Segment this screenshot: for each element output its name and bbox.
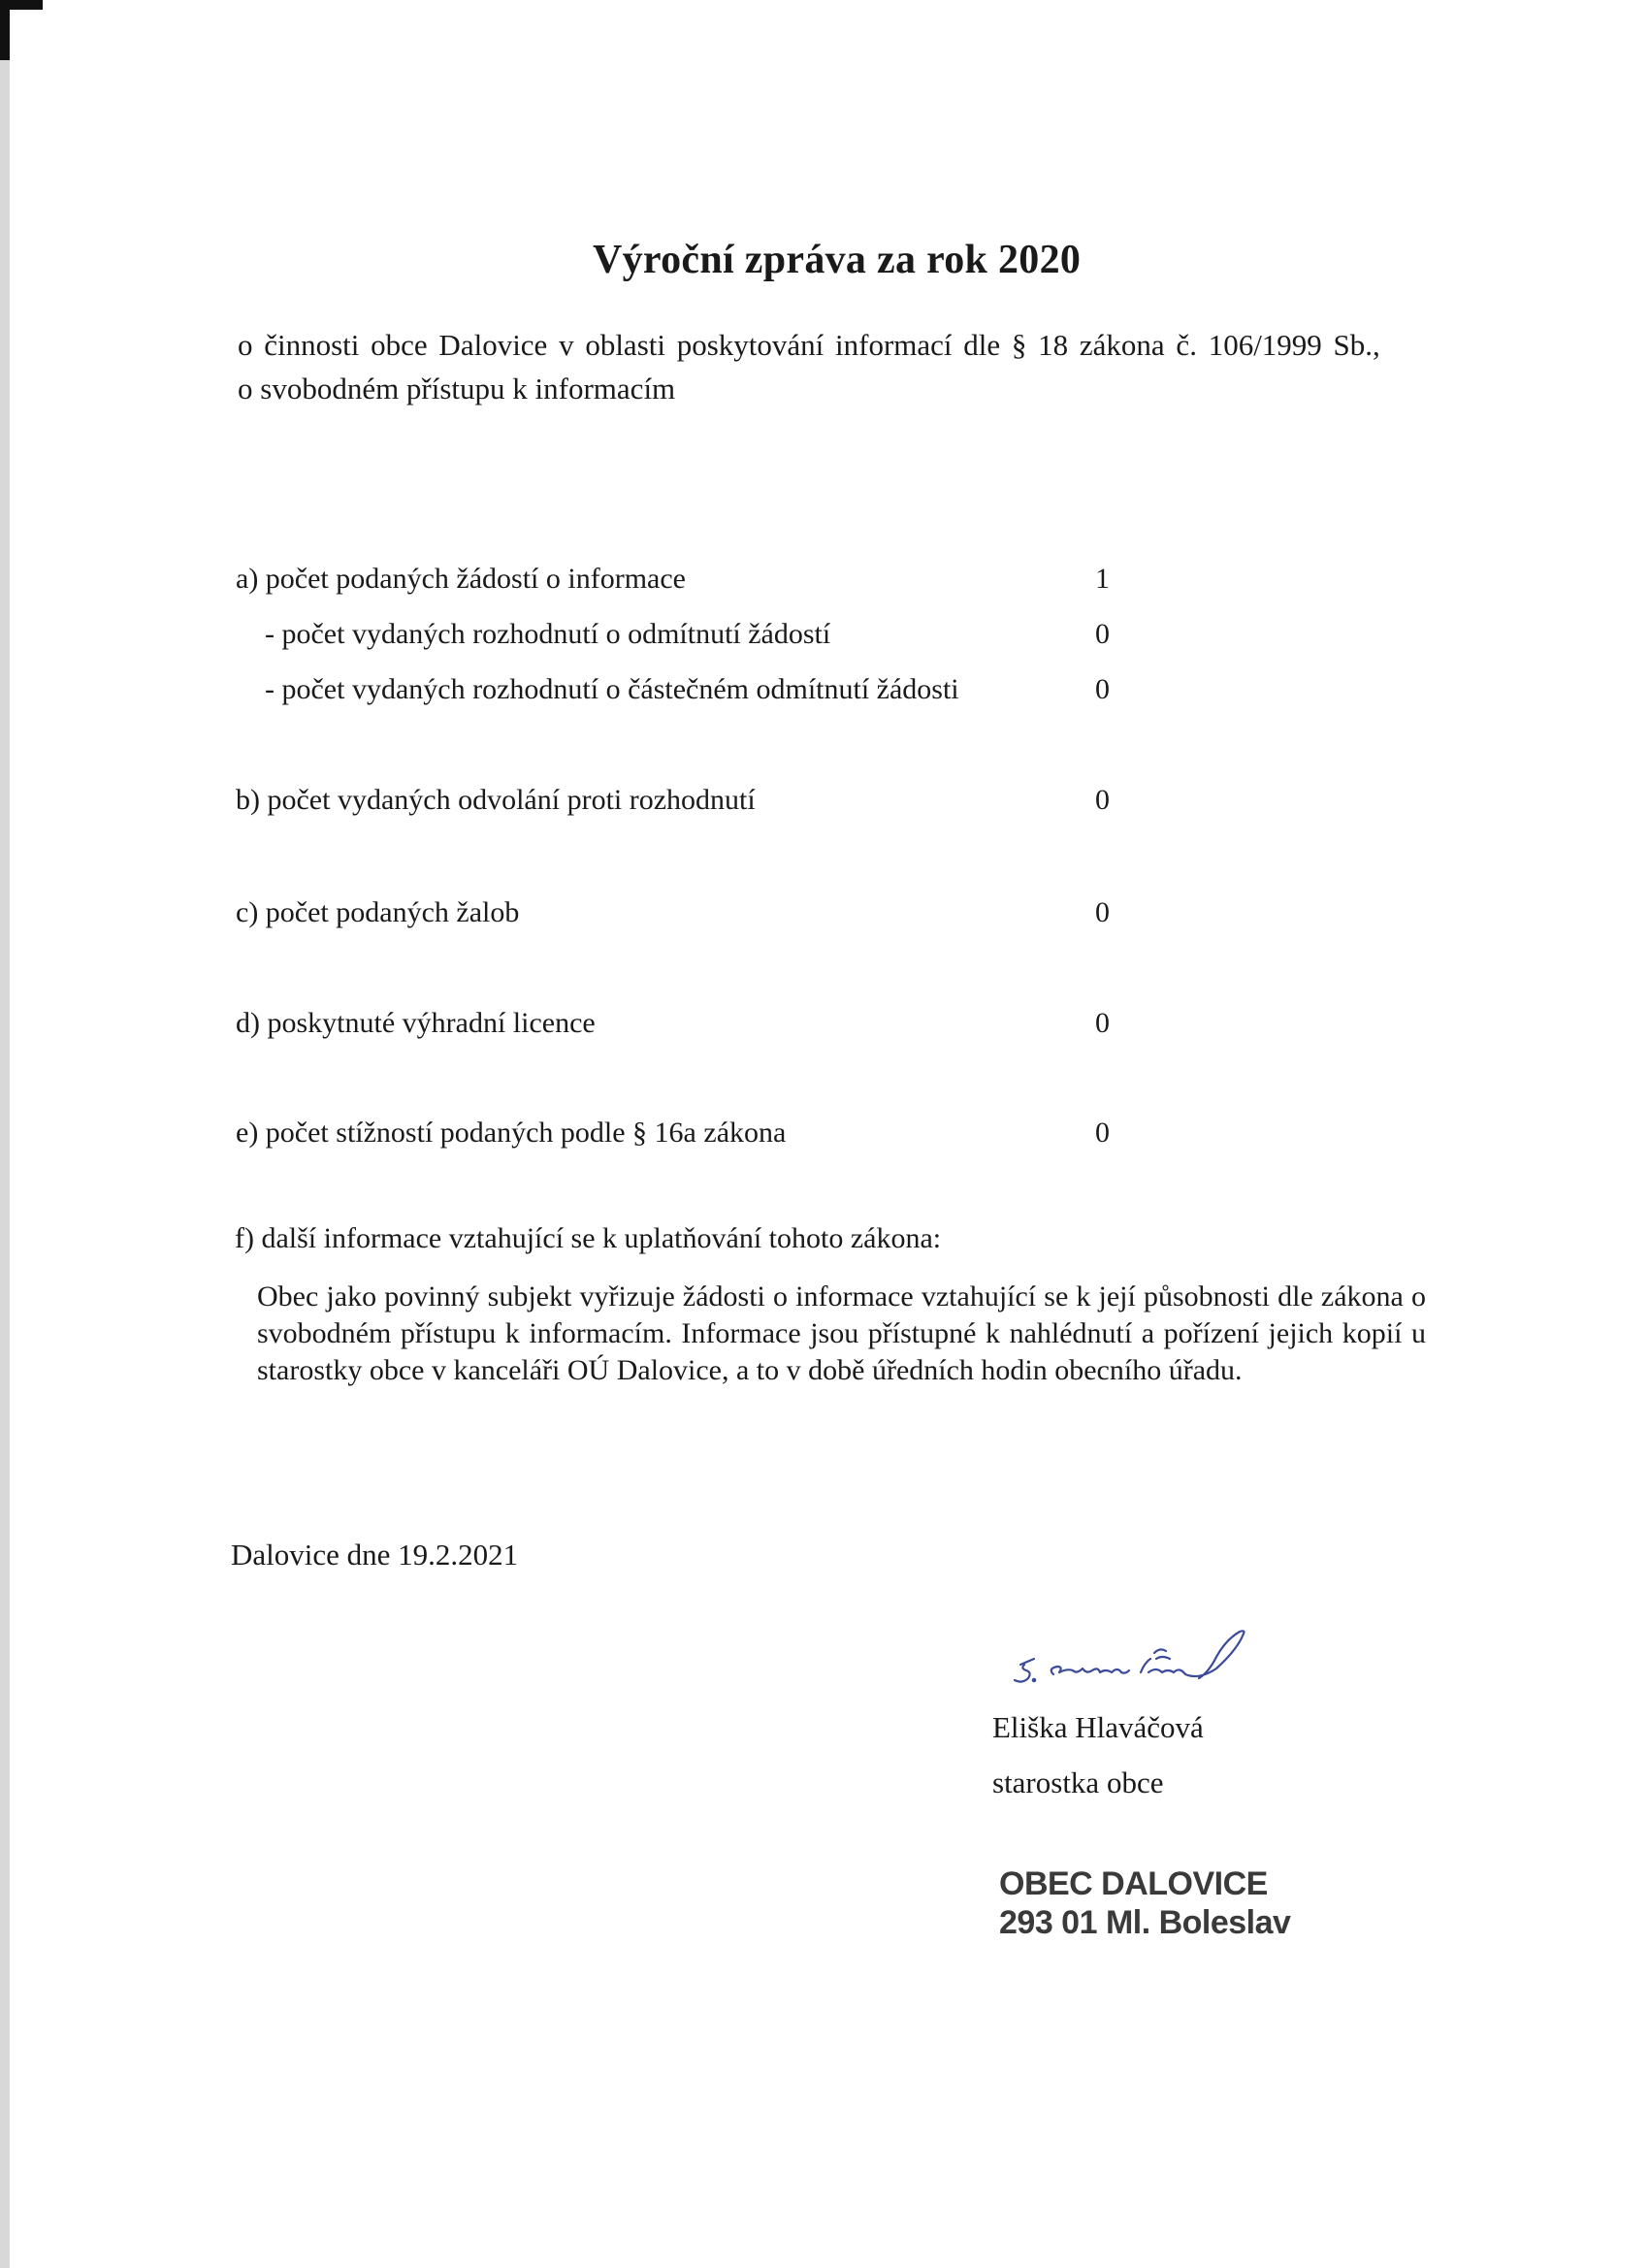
date-line: Dalovice dne 19.2.2021 (231, 1539, 518, 1570)
signature-icon (1009, 1630, 1251, 1692)
stamp-line-1: OBEC DALOVICE (999, 1864, 1290, 1903)
document-title: Výroční zpráva za rok 2020 (593, 240, 1081, 280)
item-value: 0 (1095, 1007, 1110, 1040)
item-row-e: e) počet stížností podaných podle § 16a … (0, 1117, 1649, 1150)
item-f-paragraph: Obec jako povinný subjekt vyřizuje žádos… (257, 1279, 1426, 1389)
item-label: d) poskytnuté výhradní licence (236, 1007, 596, 1040)
item-value: 0 (1095, 896, 1110, 929)
item-label: e) počet stížností podaných podle § 16a … (236, 1117, 786, 1150)
item-value: 0 (1095, 618, 1110, 651)
item-label: b) počet vydaných odvolání proti rozhodn… (236, 784, 756, 817)
item-row-a-sub1: - počet vydaných rozhodnutí o odmítnutí … (0, 618, 1649, 651)
item-label: - počet vydaných rozhodnutí o odmítnutí … (265, 618, 830, 651)
item-row-b: b) počet vydaných odvolání proti rozhodn… (0, 784, 1649, 817)
scan-edge-left-gray (0, 60, 10, 2268)
item-label: a) počet podaných žádostí o informace (236, 563, 686, 596)
item-row-a: a) počet podaných žádostí o informace 1 (0, 563, 1649, 596)
item-value: 0 (1095, 784, 1110, 817)
scan-edge-left (0, 0, 10, 60)
intro-line-2: o svobodném přístupu k informacím (238, 373, 675, 404)
item-value: 1 (1095, 563, 1110, 596)
item-label: - počet vydaných rozhodnutí o částečném … (265, 673, 959, 706)
signatory-name: Eliška Hlaváčová (992, 1712, 1204, 1742)
stamp-line-2: 293 01 Ml. Boleslav (999, 1903, 1290, 1942)
item-row-a-sub2: - počet vydaných rozhodnutí o částečném … (0, 673, 1649, 706)
item-row-d: d) poskytnuté výhradní licence 0 (0, 1007, 1649, 1040)
official-stamp: OBEC DALOVICE 293 01 Ml. Boleslav (999, 1864, 1290, 1942)
item-value: 0 (1095, 673, 1110, 706)
item-row-c: c) počet podaných žalob 0 (0, 896, 1649, 929)
item-f-heading: f) další informace vztahující se k uplat… (235, 1224, 941, 1253)
item-label: c) počet podaných žalob (236, 896, 519, 929)
intro-line-1: o činnosti obce Dalovice v oblasti posky… (238, 330, 1380, 360)
item-value: 0 (1095, 1117, 1110, 1150)
signatory-role: starostka obce (992, 1767, 1163, 1798)
